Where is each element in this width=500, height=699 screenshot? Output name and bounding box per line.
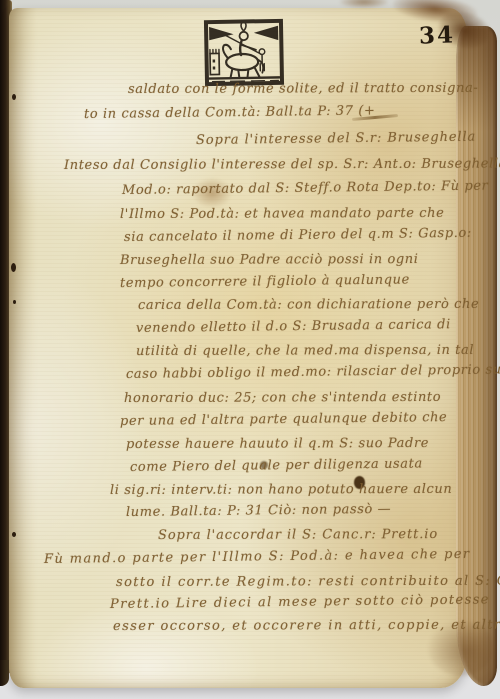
- manuscript-line: potesse hauere hauuto il q.m S: suo Padr…: [126, 436, 429, 452]
- book-binding-foot: [0, 660, 9, 686]
- manuscript-line: Bruseghella suo Padre acciò possi in ogn…: [120, 252, 419, 268]
- manuscript-line: carica della Com.tà: con dichiaratione p…: [138, 297, 479, 313]
- manuscript-line: li sig.ri: interv.ti: non hano potuto ha…: [110, 482, 452, 498]
- section-heading: Sopra l'accordar il S: Canc.r: Prett.io: [158, 527, 438, 543]
- damaged-corner-stain: [340, 0, 388, 8]
- horseman-woodcut-art: [203, 18, 284, 87]
- manuscript-line: l'Illmo S: Pod.tà: et havea mandato part…: [120, 206, 444, 222]
- gutter-speck: [11, 263, 16, 272]
- manuscript-line: sotto il corr.te Regim.to: resti contrib…: [116, 573, 500, 590]
- gutter-speck: [12, 532, 16, 537]
- horseman-woodcut-stamp: [203, 18, 284, 87]
- manuscript-line: Inteso dal Consiglio l'interesse del sp.…: [64, 156, 500, 173]
- manuscript-line: saldato con le forme solite, ed il tratt…: [128, 81, 478, 97]
- manuscript-line: utilità di quelle, che la med.ma dispens…: [136, 343, 474, 359]
- manuscript-line: esser occorso, et occorere in atti, copp…: [113, 618, 500, 634]
- gutter-speck: [12, 94, 16, 100]
- gutter-speck: [13, 300, 16, 304]
- book-photo: 34 saldato con le forme solite, ed il tr…: [0, 0, 500, 699]
- manuscript-line: honorario duc: 25; con che s'intenda est…: [124, 390, 441, 406]
- folio-number: 34: [419, 21, 456, 49]
